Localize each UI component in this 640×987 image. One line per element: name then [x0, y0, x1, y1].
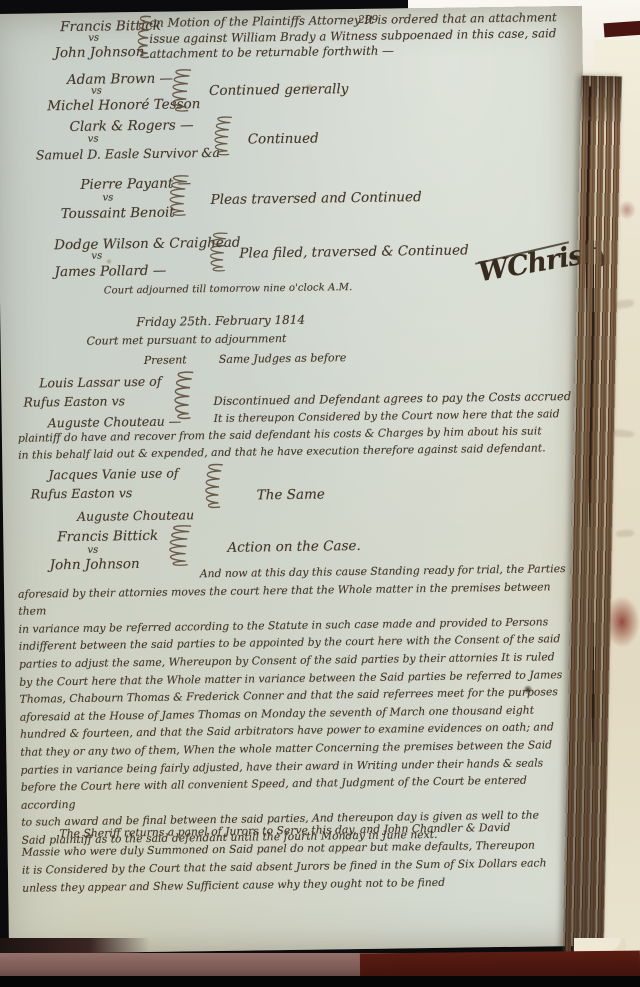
case-versus: vs: [103, 192, 114, 203]
session-met-line: Court met pursuant to adjournment: [86, 332, 286, 348]
adjournment-line: Court adjourned till tomorrow nine o'clo…: [104, 282, 353, 296]
session-present-label: Present: [144, 353, 187, 367]
case-disposition: Pleas traversed and Continued: [211, 189, 422, 208]
case-defendant: John Johnson: [54, 44, 144, 61]
case-versus: vs: [88, 134, 99, 145]
case-versus: vs: [91, 86, 102, 97]
bottom-black-band: [0, 976, 640, 987]
foxing-spot: [105, 258, 112, 264]
party-line: Rufus Easton vs: [23, 393, 125, 409]
party-line: Jacques Vanie use of: [48, 465, 178, 482]
case-defendant: James Pollard —: [54, 263, 166, 281]
case-versus: vs: [91, 251, 102, 262]
party-line: Auguste Chouteau: [77, 507, 194, 524]
case-defendant: Toussaint Benoit: [61, 205, 175, 223]
party-line: Louis Lassar use of: [39, 374, 161, 391]
red-stain: [618, 200, 636, 220]
case-disposition: on Motion of the Plaintiffs Attorney It …: [149, 10, 557, 62]
case-defendant: Samuel D. Easle Survivor &a: [36, 145, 220, 163]
case-plaintiff: Adam Brown —: [67, 71, 173, 88]
brace-squiggle: [205, 231, 230, 279]
case-disposition: Continued generally: [209, 81, 349, 99]
case-versus: vs: [88, 33, 99, 44]
brace-squiggle: [169, 369, 196, 427]
case-versus: vs: [87, 545, 98, 556]
case-disposition: Action on the Case.: [227, 538, 360, 556]
brace-squiggle: [200, 462, 225, 516]
session-present-value: Same Judges as before: [219, 351, 347, 366]
order-text: plaintiff do have and recover from the s…: [18, 422, 574, 465]
brace-squiggle: [167, 67, 194, 119]
foxing-spot: [305, 84, 313, 91]
case-disposition: Continued: [248, 131, 319, 148]
brace-squiggle: [209, 115, 234, 163]
cover-sliver: [604, 21, 640, 38]
brace-squiggle: [164, 173, 191, 223]
ink-blot: [523, 685, 532, 695]
case-plaintiff: Clark & Rogers —: [69, 117, 193, 135]
case-disposition: Discontinued and Defendant agrees to pay…: [213, 389, 571, 408]
sheriff-paragraph: The Sheriff returns a panel of Jurors to…: [21, 818, 580, 898]
case-disposition: Plea filed, traversed & Continued: [239, 242, 469, 261]
arbitration-paragraph: And now at this day this cause Standing …: [18, 560, 580, 849]
session-date: Friday 25th. February 1814: [136, 313, 305, 329]
manuscript-page: 299 Francis Bittick vs John Johnson on M…: [0, 6, 595, 954]
party-line: Rufus Easton vs: [31, 485, 133, 501]
case-disposition: The Same: [257, 486, 325, 503]
case-plaintiff: Francis Bittick: [57, 528, 158, 545]
manuscript-photo: 299 Francis Bittick vs John Johnson on M…: [0, 0, 640, 987]
